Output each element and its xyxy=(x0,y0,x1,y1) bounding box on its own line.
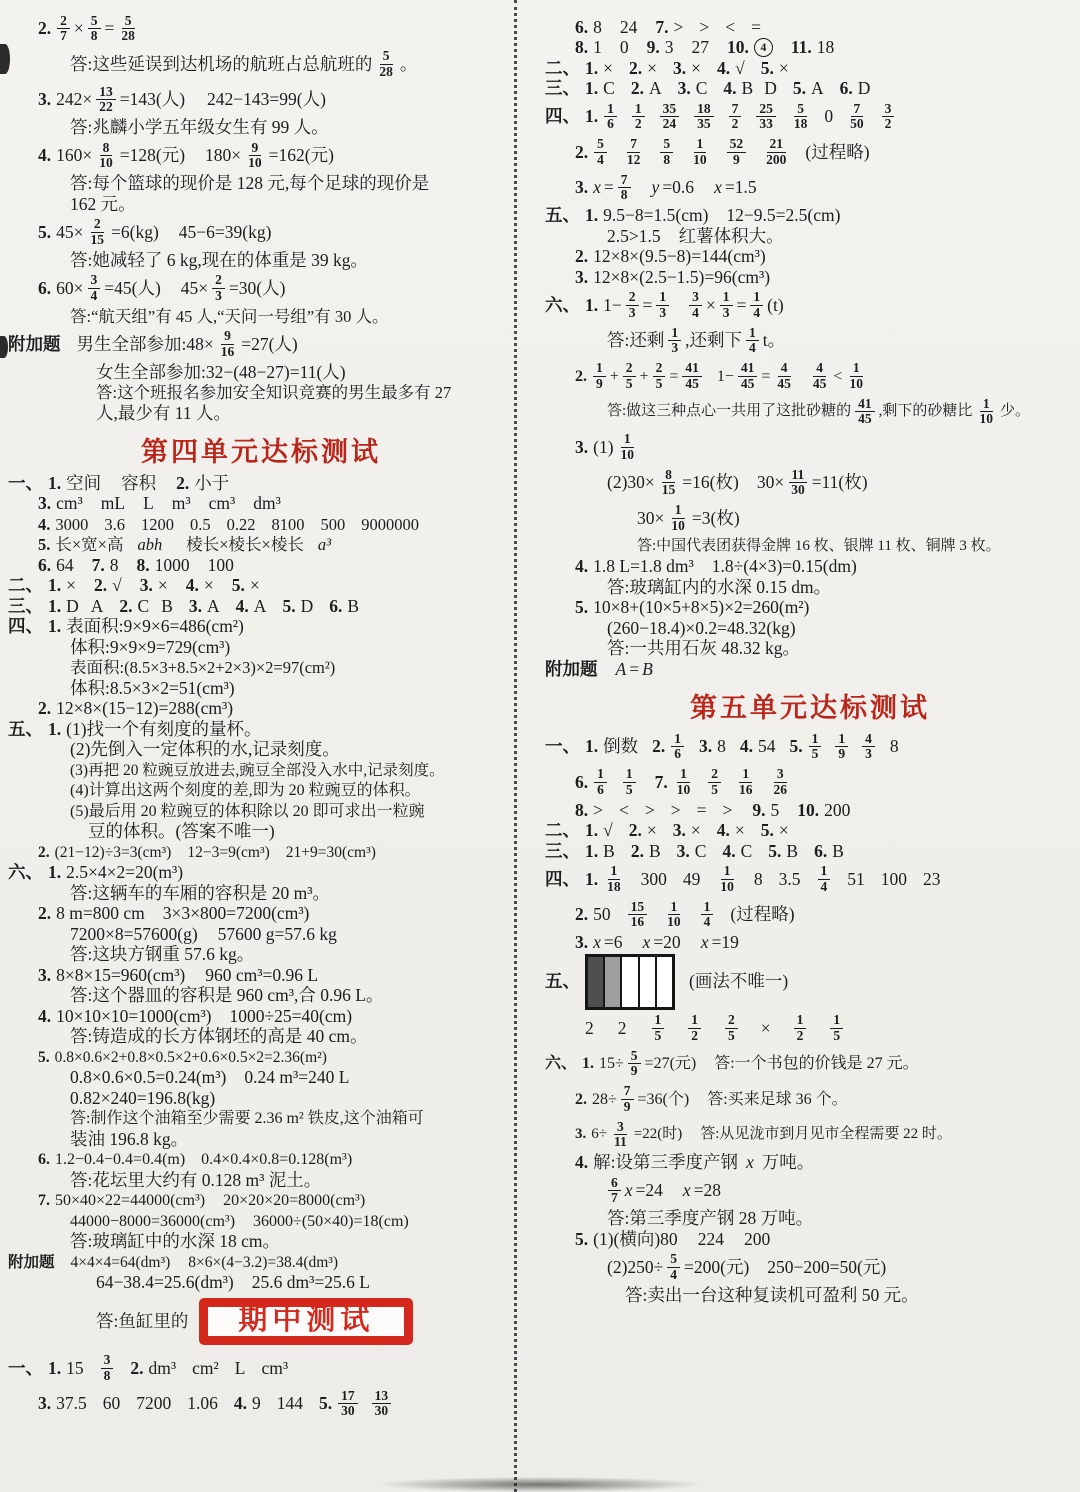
fraction-numerator: 11 xyxy=(789,468,808,484)
item-label: 8. xyxy=(137,556,150,575)
text-run: 1− xyxy=(717,367,734,386)
fraction: 38 xyxy=(101,1353,114,1383)
answer-line: 三、1.C2.A3.C4.BD5.A6.D xyxy=(545,79,1075,98)
fraction: 326 xyxy=(771,767,791,797)
fraction-denominator: 2 xyxy=(794,1029,807,1044)
fraction-denominator: 9 xyxy=(628,1064,641,1079)
item-label: 4. xyxy=(236,597,249,616)
fraction-numerator: 1 xyxy=(794,1013,807,1029)
spacer xyxy=(801,851,811,852)
spacer xyxy=(704,68,714,69)
fraction: 1516 xyxy=(628,900,648,930)
answer-line: 44000−8000=36000(cm³)36000÷(50×40)=18(cm… xyxy=(8,1212,514,1231)
fraction-denominator: 9 xyxy=(593,377,606,392)
text-run: 8×6×(4−3.2)=38.4(dm³) xyxy=(188,1253,338,1272)
fraction: 445 xyxy=(810,361,830,391)
text-run: 人,最少有 11 人。 xyxy=(96,404,231,423)
text-run: 25.6 dm³=25.6 L xyxy=(252,1273,370,1292)
item-label: 3. xyxy=(38,966,51,985)
text-run: 解:设第三季度产钢 xyxy=(593,1153,738,1172)
fraction-denominator: 8 xyxy=(618,188,631,203)
fraction-denominator: 3 xyxy=(668,341,681,356)
text-run: C xyxy=(741,842,753,861)
spacer xyxy=(793,152,802,153)
answer-line: 3.37.56072001.064.91445.17301330 xyxy=(8,1387,514,1421)
text-run: = xyxy=(697,801,707,820)
item-label: 3. xyxy=(699,737,712,756)
fraction-denominator: 4 xyxy=(750,306,763,321)
fraction-numerator: 1 xyxy=(668,326,681,342)
answer-line: 5.长×宽×高abh棱长×棱长×棱长a³ xyxy=(8,535,514,554)
fraction-denominator: 26 xyxy=(771,783,791,798)
fraction: 14 xyxy=(750,290,763,320)
spacer xyxy=(77,565,89,566)
text-run: 0.82×240=196.8(kg) xyxy=(70,1089,215,1108)
text-run: + xyxy=(610,367,619,386)
answer-line: 答:玻璃缸内的水深 0.15 dm。 xyxy=(545,578,1075,597)
fraction-numerator: 17 xyxy=(338,1389,358,1405)
fraction-denominator: 10 xyxy=(976,412,996,427)
fraction: 110 xyxy=(717,864,737,894)
text-run: 50×40×22=44000(cm³) xyxy=(55,1191,205,1210)
spacer xyxy=(697,782,704,783)
text-run: (2)先倒入一定体积的水,记录刻度。 xyxy=(70,740,340,759)
item-label: 四、 xyxy=(545,870,580,889)
answer-line: 答:这块方钢重 57.6 kg。 xyxy=(8,945,514,964)
item-label: 3. xyxy=(677,842,690,861)
text-run: D xyxy=(66,597,79,616)
text-run: =0.6 xyxy=(662,178,694,197)
text-run: 57600 g=57.6 kg xyxy=(218,925,337,944)
fraction: 34 xyxy=(88,273,101,303)
fraction-denominator: 30 xyxy=(372,1404,392,1419)
text-run: C xyxy=(603,79,615,98)
fraction-numerator: 1 xyxy=(830,1013,843,1029)
item-label: 7. xyxy=(655,773,668,792)
fraction: 16 xyxy=(604,102,617,132)
text-run: B xyxy=(786,842,798,861)
text-run: 28÷ xyxy=(592,1090,617,1109)
item-label: 2. xyxy=(130,1359,143,1378)
text-run: t。 xyxy=(763,331,785,350)
answer-line: 4.160×810=128(元)180×910=162(元) xyxy=(8,139,514,173)
fraction-numerator: 1 xyxy=(835,732,848,748)
text-run: √ xyxy=(112,576,122,595)
spacer xyxy=(697,566,709,567)
spacer xyxy=(616,830,626,831)
fraction-denominator: 16 xyxy=(628,915,648,930)
fraction: 15 xyxy=(830,1013,843,1043)
answer-line: 6.60×34=45(人)45×23=30(人) xyxy=(8,271,514,305)
spacer xyxy=(641,746,649,747)
fraction-denominator: 3 xyxy=(720,306,733,321)
spacer xyxy=(104,483,118,484)
answer-line: 6.1.2−0.4−0.4=0.4(m)0.4×0.4×0.8=0.128(m³… xyxy=(8,1150,514,1169)
item-label: 8. xyxy=(575,801,588,820)
answer-line: 5.(1)(横向)80224200 xyxy=(545,1230,1075,1249)
spacer xyxy=(673,305,685,306)
spacer xyxy=(269,606,279,607)
answer-line: 答:每个篮球的现价是 128 元,每个足球的现价是 xyxy=(8,174,514,193)
answer-line: 人,最少有 11 人。 xyxy=(8,404,514,423)
item-label: 9. xyxy=(647,38,660,57)
text-run: (2)30× xyxy=(607,473,655,492)
text-run: 12×8×(9.5−8)=144(cm³) xyxy=(593,247,766,266)
fraction-numerator: 5 xyxy=(628,1049,641,1065)
fraction-numerator: 7 xyxy=(627,137,640,153)
text-run: × xyxy=(761,1019,771,1038)
item-label: 1. xyxy=(48,1359,61,1378)
fraction: 13 xyxy=(656,290,669,320)
text-run: 12−9.5=2.5(cm) xyxy=(726,206,840,225)
text-run: < xyxy=(619,801,629,820)
fraction-denominator: 5 xyxy=(623,377,636,392)
answer-line: 答:做这三种点心一共用了这批砂糖的4145,剩下的砂糖比110少。 xyxy=(545,395,1075,429)
item-label: 2. xyxy=(575,367,587,386)
text-run: 12×8×(15−12)=288(cm³) xyxy=(56,699,233,718)
section-title: 第五单元达标测试 xyxy=(545,686,1075,725)
item-label: 附加题 xyxy=(545,660,598,679)
fraction-numerator: 1 xyxy=(809,732,822,748)
diagram-cell xyxy=(622,957,639,1007)
spacer xyxy=(774,1028,790,1029)
spacer xyxy=(614,914,624,915)
text-run: B xyxy=(832,842,844,861)
text-run: √ xyxy=(735,59,745,78)
text-run: =19 xyxy=(711,933,738,952)
fraction-denominator: 28 xyxy=(376,65,396,80)
item-label: 1. xyxy=(48,576,61,595)
fraction-denominator: 45 xyxy=(810,377,830,392)
item-label: 1. xyxy=(48,863,61,882)
item-label: 5. xyxy=(38,1048,50,1067)
spacer xyxy=(685,1134,697,1135)
fraction: 110 xyxy=(976,397,996,427)
text-run: A xyxy=(207,597,220,616)
answer-line: 2.547125811052921200(过程略) xyxy=(545,135,1075,169)
fraction-numerator: 15 xyxy=(628,900,648,916)
scan-artifact xyxy=(0,44,10,74)
spacer xyxy=(201,934,215,935)
answer-line: 表面积:(8.5×3+8.5×2+2×3)×2=97(cm²) xyxy=(8,658,514,677)
spacer xyxy=(692,1099,704,1100)
answer-line: 二、1.×2.√3.×4.×5.× xyxy=(8,576,514,595)
fraction: 15 xyxy=(809,732,822,762)
answer-line: 3.242×1322=143(人)242−143=99(人) xyxy=(8,83,514,117)
answer-line: 女生全部参加:32−(48−27)=11(人) xyxy=(8,363,514,382)
fraction-denominator: 18 xyxy=(791,117,811,132)
answer-line: 豆的体积。(答案不唯一) xyxy=(8,822,514,841)
text-run: 1.06 xyxy=(187,1394,218,1413)
text-run: 9.5−8=1.5(cm) xyxy=(603,206,708,225)
text-run: 23 xyxy=(923,870,941,889)
item-label: 5. xyxy=(790,737,803,756)
spacer xyxy=(660,830,670,831)
fraction-denominator: 7 xyxy=(608,1191,621,1206)
fraction-denominator: 10 xyxy=(245,156,265,171)
fraction-denominator: 30 xyxy=(788,483,808,498)
text-run: (过程略) xyxy=(805,143,869,162)
text-run: = xyxy=(604,178,614,197)
spacer xyxy=(307,544,315,545)
item-label: 4. xyxy=(740,737,753,756)
text-run: 答:一个书包的价钱是 27 元。 xyxy=(714,1054,918,1073)
spacer xyxy=(606,810,616,811)
fraction-numerator: 8 xyxy=(100,141,113,157)
spacer xyxy=(605,47,617,48)
fraction: 529 xyxy=(727,137,747,167)
fraction-denominator: 9 xyxy=(835,747,848,762)
text-run: × xyxy=(603,59,613,78)
text-run: 答:玻璃缸内的水深 0.15 dm。 xyxy=(607,578,831,597)
fraction: 3524 xyxy=(660,102,680,132)
text-run: (1)找一个有刻度的量杯。 xyxy=(66,720,261,739)
variable: x xyxy=(746,1153,754,1172)
fraction: 1130 xyxy=(788,468,808,498)
text-run: 144 xyxy=(277,1394,303,1413)
spacer xyxy=(741,1162,743,1163)
fraction-denominator: 3 xyxy=(656,306,669,321)
fraction-numerator: 35 xyxy=(660,102,680,118)
spacer xyxy=(709,851,719,852)
fraction-denominator: 33 xyxy=(756,117,776,132)
text-run: 表面积:(8.5×3+8.5×2+2×3)×2=97(cm²) xyxy=(70,658,335,677)
text-run: 答:这个班报名参加安全知识竞赛的男生最多有 27 xyxy=(96,383,451,402)
text-run: dm³ xyxy=(253,494,281,513)
fraction-numerator: 4 xyxy=(813,361,826,377)
spacer xyxy=(214,524,224,525)
spacer xyxy=(678,981,686,982)
fraction-numerator: 1 xyxy=(671,732,684,748)
text-run: 64−38.4=25.6(dm³) xyxy=(96,1273,234,1292)
text-run: (t) xyxy=(767,296,784,315)
fraction-denominator: 24 xyxy=(660,117,680,132)
text-run: 答:每个篮球的现价是 128 元,每个足球的现价是 xyxy=(70,174,429,193)
fraction-denominator: 3 xyxy=(212,289,225,304)
answer-line: 答:还剩13,还剩下14t。 xyxy=(545,324,1075,358)
fraction: 12 xyxy=(794,1013,807,1043)
text-run: 36000÷(50×40)=18(cm) xyxy=(253,1212,409,1231)
fraction: 54 xyxy=(594,137,607,167)
fraction: 518 xyxy=(791,102,811,132)
spacer xyxy=(148,913,160,914)
item-label: 1. xyxy=(585,79,598,98)
item-label: 8. xyxy=(575,38,588,57)
spacer xyxy=(259,524,269,525)
fraction-numerator: 1 xyxy=(720,290,733,306)
spacer xyxy=(193,565,205,566)
text-run: 2.5>1.5 xyxy=(607,227,661,246)
spacer xyxy=(742,1028,758,1029)
answer-line: 六、1.2.5×4×2=20(m³) xyxy=(8,863,514,882)
spacer xyxy=(316,606,326,607)
text-run: 答:制作这个油箱至少需要 2.36 m² 铁皮,这个油箱可 xyxy=(70,1109,424,1128)
item-label: 3. xyxy=(38,90,51,109)
text-run: D xyxy=(858,79,871,98)
text-run: 答:这个器皿的容积是 960 cm³,合 0.96 L。 xyxy=(70,986,383,1005)
spacer xyxy=(705,1028,721,1029)
spacer xyxy=(60,1262,68,1263)
item-label: 6. xyxy=(38,279,51,298)
fraction-denominator: 11 xyxy=(611,1135,630,1150)
item-label: 4. xyxy=(38,1007,51,1026)
item-label: 2. xyxy=(119,597,132,616)
text-run: cm³ xyxy=(56,494,83,513)
spacer xyxy=(215,1016,227,1017)
spacer xyxy=(264,1403,274,1404)
spacer xyxy=(618,88,628,89)
answer-line: 答:花坛里大约有 0.128 m³ 泥土。 xyxy=(8,1171,514,1190)
answer-line: 二、1.√2.×3.×4.×5.× xyxy=(545,821,1075,840)
spacer xyxy=(868,879,878,880)
fraction-numerator: 7 xyxy=(618,173,631,189)
text-run: > xyxy=(699,18,709,37)
spacer xyxy=(677,152,686,153)
text-run: 3.6 xyxy=(104,515,125,534)
text-run: √ xyxy=(603,821,613,840)
fraction-numerator: 3 xyxy=(774,767,787,783)
answer-line: 3.(1)110 xyxy=(545,430,1075,464)
spacer xyxy=(686,27,696,28)
text-run: B xyxy=(649,842,661,861)
item-label: 5. xyxy=(319,1394,332,1413)
spacer xyxy=(128,503,140,504)
variable: a³ xyxy=(318,535,331,554)
text-run: C xyxy=(695,842,707,861)
fraction-numerator: 8 xyxy=(662,468,675,484)
text-run: =6(kg) xyxy=(111,223,159,242)
text-run: =162(元) xyxy=(269,146,334,165)
spacer xyxy=(306,1403,316,1404)
fraction-denominator: 10 xyxy=(690,153,710,168)
fraction-numerator: 2 xyxy=(653,361,666,377)
fraction-numerator: 5 xyxy=(88,14,101,30)
item-label: 5. xyxy=(282,597,295,616)
fraction-numerator: 1 xyxy=(721,864,734,880)
text-run: 10×8+(10×5+8×5)×2=260(m²) xyxy=(593,598,809,617)
text-run: × xyxy=(735,821,745,840)
text-run: 女生全部参加:32−(48−27)=11(人) xyxy=(96,363,346,382)
fraction: 13 xyxy=(668,326,681,356)
text-run: × xyxy=(691,59,701,78)
spacer xyxy=(810,1028,826,1029)
spacer xyxy=(658,810,668,811)
text-run: 9 xyxy=(252,1394,261,1413)
answer-line: 3.6÷311=22(时)答:从见泷市到月见市全程需要 22 时。 xyxy=(545,1118,1075,1152)
answer-line: 3.cm³mLLm³cm³dm³ xyxy=(8,494,514,513)
fraction-denominator: 5 xyxy=(809,747,822,762)
answer-line: (260−18.4)×0.2=48.32(kg) xyxy=(545,619,1075,638)
fraction: 13 xyxy=(720,290,733,320)
text-run: 棱长×棱长×棱长 xyxy=(186,535,304,554)
item-label: 4. xyxy=(717,821,730,840)
fraction-numerator: 1 xyxy=(672,503,685,519)
text-run: =22(时) xyxy=(634,1125,682,1144)
text-run: B xyxy=(603,842,615,861)
spacer xyxy=(780,116,787,117)
circled-number: 4 xyxy=(754,38,773,57)
answer-line: 8.><>>=>9.510.200 xyxy=(545,801,1075,820)
spacer xyxy=(628,879,638,880)
fraction: 4145 xyxy=(682,361,702,391)
spacer xyxy=(188,1159,198,1160)
fraction-numerator: 1 xyxy=(739,767,752,783)
fraction: 23 xyxy=(212,273,225,303)
item-label: 三、 xyxy=(8,597,43,616)
fraction-denominator: 8 xyxy=(101,1369,114,1384)
text-run: 0.24 m³=240 L xyxy=(244,1068,349,1087)
spacer xyxy=(174,852,184,853)
spacer xyxy=(670,879,680,880)
text-run: 1000 xyxy=(155,556,190,575)
spacer xyxy=(752,1267,764,1268)
text-run: D xyxy=(764,79,777,98)
text-run: = xyxy=(629,660,639,679)
fraction: 4145 xyxy=(738,361,758,391)
fraction: 23 xyxy=(626,290,639,320)
spacer xyxy=(834,879,844,880)
item-label: 4. xyxy=(723,79,736,98)
spacer xyxy=(122,565,134,566)
spacer xyxy=(618,851,628,852)
fraction-numerator: 13 xyxy=(372,1389,392,1405)
spacer xyxy=(127,544,135,545)
fraction-denominator: 5 xyxy=(725,1029,738,1044)
fraction: 110 xyxy=(674,767,694,797)
fraction-numerator: 1 xyxy=(593,361,606,377)
item-label: 5. xyxy=(768,842,781,861)
item-label: 附加题 xyxy=(8,335,61,354)
text-run: 12−3=9(cm³) xyxy=(187,843,269,862)
text-run: × xyxy=(647,821,657,840)
text-run: 1− xyxy=(603,296,622,315)
item-label: 3. xyxy=(575,933,588,952)
spacer xyxy=(621,116,628,117)
text-run: 20×20×20=8000(cm³) xyxy=(223,1191,365,1210)
spacer xyxy=(128,524,138,525)
fraction: 910 xyxy=(245,141,265,171)
answer-line: 四、1.1183004911083.5145110023 xyxy=(545,862,1075,896)
answer-line: 四、1.161235241835722533518075032 xyxy=(545,100,1075,134)
spacer xyxy=(79,585,91,586)
text-run: 1200 xyxy=(141,515,174,534)
spacer xyxy=(798,376,806,377)
text-run: 1000÷25=40(cm) xyxy=(230,1007,353,1026)
text-run: 答:这块方钢重 57.6 kg。 xyxy=(70,945,254,964)
answer-line: 2.12×8×(9.5−8)=144(cm³) xyxy=(545,247,1075,266)
spacer xyxy=(836,116,843,117)
fraction-numerator: 21 xyxy=(767,137,787,153)
spacer xyxy=(712,27,722,28)
item-label: 1. xyxy=(585,870,598,889)
fraction-denominator: 10 xyxy=(664,915,684,930)
text-run: 豆的体积。(答案不唯一) xyxy=(88,822,275,841)
text-run: 960 cm³=0.96 L xyxy=(205,966,318,985)
item-label: 六、 xyxy=(545,1054,577,1073)
spacer xyxy=(738,27,748,28)
text-run: 27 xyxy=(692,38,710,57)
fraction-numerator: 2 xyxy=(725,1013,738,1029)
item-label: 7. xyxy=(92,556,105,575)
spacer xyxy=(603,669,613,670)
variable: B xyxy=(642,660,653,679)
text-run: 0.4×0.4×0.8=0.128(m³) xyxy=(201,1150,352,1169)
answer-line: 7.50×40×22=44000(cm³)20×20×20=8000(cm³) xyxy=(8,1191,514,1210)
answer-line: 五、1.9.5−8=1.5(cm)12−9.5=2.5(cm) xyxy=(545,206,1075,225)
text-run: 45× xyxy=(56,223,83,242)
text-run: > xyxy=(671,801,681,820)
fraction: 110 xyxy=(846,361,866,391)
